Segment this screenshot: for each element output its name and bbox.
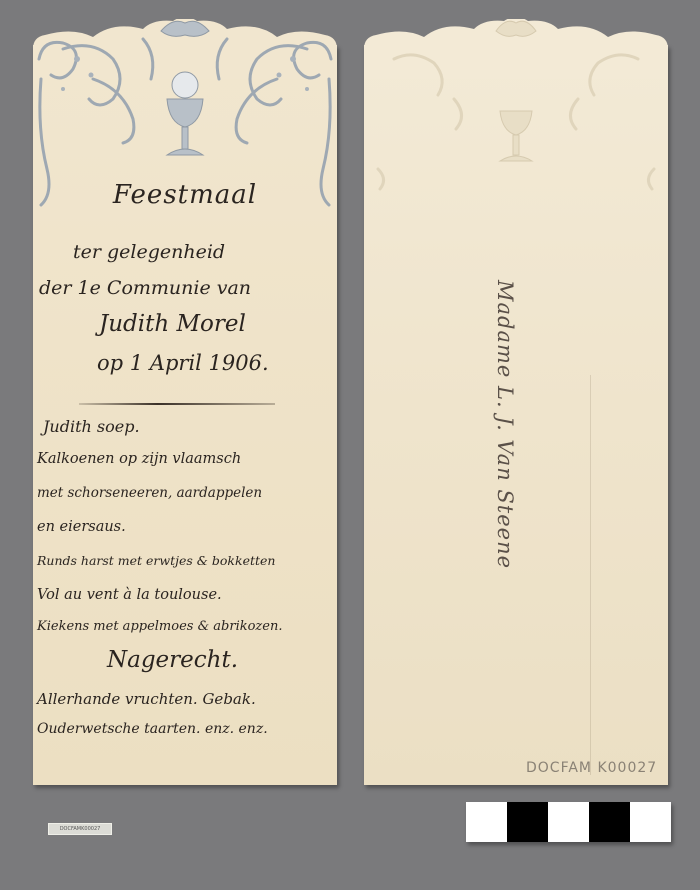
white-swatch [630,802,671,842]
dessert-heading: Nagerecht. [107,647,238,673]
color-calibration-scale [466,802,671,842]
event-date: op 1 April 1906. [97,351,269,375]
menu-item: met schorseneeren, aardappelen [37,485,262,501]
menu-item: Judith soep. [43,417,140,436]
embossed-chalice-icon [364,19,668,219]
inventory-number: DOCFAM K00027 [526,760,657,776]
dessert-item: Ouderwetsche taarten. enz. enz. [37,721,268,737]
white-swatch [548,802,589,842]
archive-label: DOCFAMK00027 [48,823,112,835]
subtitle-line: ter gelegenheid [73,241,225,263]
divider-rule [79,403,275,405]
black-swatch [507,802,548,842]
black-swatch [589,802,630,842]
menu-heading: Feestmaal [33,180,337,210]
menu-item: en eiersaus. [37,519,126,535]
white-swatch [466,802,507,842]
fold-line [590,375,591,775]
menu-item: Vol au vent à la toulouse. [37,587,222,603]
menu-item: Runds harst met erwtjes & bokketten [37,553,275,568]
addressee-text: Madame L. J. Van Steene [493,280,517,569]
menu-card-front: Feestmaal ter gelegenheid der 1e Communi… [33,45,337,785]
dessert-item: Allerhande vruchten. Gebak. [37,690,256,708]
subtitle-line: der 1e Communie van [39,277,251,299]
menu-item: Kiekens met appelmoes & abrikozen. [37,619,282,634]
menu-item: Kalkoenen op zijn vlaamsch [37,451,241,467]
honoree-name: Judith Morel [99,311,246,337]
